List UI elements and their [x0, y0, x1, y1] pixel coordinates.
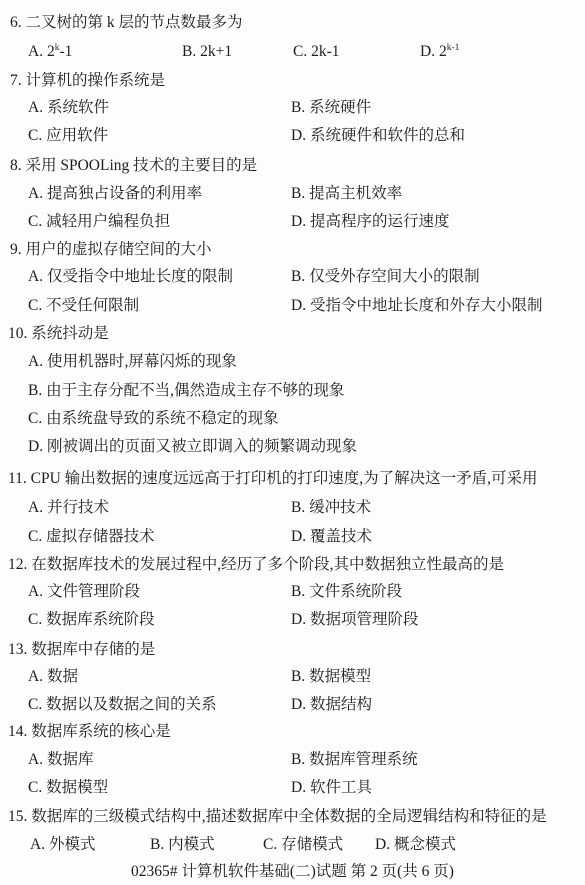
question-9-options-row-1: A. 仅受指令中地址长度的限制 B. 仅受外存空间大小的限制 — [0, 266, 585, 288]
question-14-option-c: C. 数据模型 — [28, 777, 108, 799]
page-footer: 02365# 计算机软件基础(二)试题 第 2 页(共 6 页) — [0, 861, 585, 883]
option-d-superscript: k-1 — [447, 43, 460, 53]
question-12-option-d: D. 数据项管理阶段 — [291, 609, 418, 631]
option-a-tail: -1 — [59, 43, 72, 60]
question-14-option-d: D. 软件工具 — [291, 777, 372, 799]
question-7-option-c: C. 应用软件 — [28, 125, 108, 147]
question-13-options-row-2: C. 数据以及数据之间的关系 D. 数据结构 — [0, 694, 585, 716]
question-8-option-b: B. 提高主机效率 — [291, 183, 402, 205]
question-10: 10. 系统抖动是 — [0, 323, 585, 345]
question-7-option-a: A. 系统软件 — [28, 97, 109, 119]
question-15-option-c: C. 存储模式 — [263, 834, 343, 856]
question-14-text: 14. 数据库系统的核心是 — [8, 721, 171, 743]
question-10-text: 10. 系统抖动是 — [8, 323, 109, 345]
question-15-options: A. 外模式 B. 内模式 C. 存储模式 D. 概念模式 — [0, 834, 585, 856]
question-9-text: 9. 用户的虚拟存储空间的大小 — [10, 239, 212, 261]
question-10-option-c-row: C. 由系统盘导致的系统不稳定的现象 — [0, 408, 585, 430]
question-12-option-c: C. 数据库系统阶段 — [28, 609, 155, 631]
question-11-options-row-1: A. 并行技术 B. 缓冲技术 — [0, 497, 585, 519]
question-6-text: 6. 二叉树的第 k 层的节点数最多为 — [10, 12, 243, 34]
question-10-option-a-row: A. 使用机器时,屏幕闪烁的现象 — [0, 351, 585, 373]
question-13-option-a: A. 数据 — [28, 666, 78, 688]
question-8-option-d: D. 提高程序的运行速度 — [291, 211, 449, 233]
option-a-base: A. 2 — [28, 43, 55, 60]
question-12-option-a: A. 文件管理阶段 — [28, 581, 140, 603]
question-7: 7. 计算机的操作系统是 — [0, 70, 585, 92]
question-10-option-a: A. 使用机器时,屏幕闪烁的现象 — [28, 351, 237, 373]
question-14-option-a: A. 数据库 — [28, 749, 93, 771]
question-15-option-d: D. 概念模式 — [375, 834, 456, 856]
question-9: 9. 用户的虚拟存储空间的大小 — [0, 239, 585, 261]
question-13-option-c: C. 数据以及数据之间的关系 — [28, 694, 217, 716]
question-9-option-b: B. 仅受外存空间大小的限制 — [291, 266, 480, 288]
question-15-text: 15. 数据库的三级模式结构中,描述数据库中全体数据的全局逻辑结构和特征的是 — [8, 806, 547, 828]
question-11-text: 11. CPU 输出数据的速度远远高于打印机的打印速度,为了解决这一矛盾,可采用 — [8, 468, 537, 490]
question-10-option-d: D. 刚被调出的页面又被立即调入的频繁调动现象 — [28, 436, 357, 458]
question-8-option-a: A. 提高独占设备的利用率 — [28, 183, 202, 205]
question-7-option-d: D. 系统硬件和软件的总和 — [291, 125, 465, 147]
question-13-option-b: B. 数据模型 — [291, 666, 371, 688]
question-9-option-d: D. 受指令中地址长度和外存大小限制 — [291, 295, 542, 317]
question-12-options-row-1: A. 文件管理阶段 B. 文件系统阶段 — [0, 581, 585, 603]
question-11: 11. CPU 输出数据的速度远远高于打印机的打印速度,为了解决这一矛盾,可采用 — [0, 468, 585, 490]
question-14-options-row-1: A. 数据库 B. 数据库管理系统 — [0, 749, 585, 771]
page-footer-text: 02365# 计算机软件基础(二)试题 第 2 页(共 6 页) — [131, 863, 454, 880]
question-15-option-b: B. 内模式 — [150, 834, 215, 856]
question-7-options-row-1: A. 系统软件 B. 系统硬件 — [0, 97, 585, 119]
question-9-option-c: C. 不受任何限制 — [28, 295, 139, 317]
question-6-option-c: C. 2k-1 — [293, 41, 340, 63]
question-11-options-row-2: C. 虚拟存储器技术 D. 覆盖技术 — [0, 526, 585, 548]
question-11-option-d: D. 覆盖技术 — [291, 526, 372, 548]
question-13-options-row-1: A. 数据 B. 数据模型 — [0, 666, 585, 688]
question-7-option-b: B. 系统硬件 — [291, 97, 371, 119]
question-6: 6. 二叉树的第 k 层的节点数最多为 — [0, 12, 585, 34]
question-9-option-a: A. 仅受指令中地址长度的限制 — [28, 266, 233, 288]
question-7-options-row-2: C. 应用软件 D. 系统硬件和软件的总和 — [0, 125, 585, 147]
question-14: 14. 数据库系统的核心是 — [0, 721, 585, 743]
question-6-option-b: B. 2k+1 — [182, 41, 232, 63]
question-11-option-b: B. 缓冲技术 — [291, 497, 371, 519]
option-d-base: D. 2 — [420, 43, 447, 60]
question-14-option-b: B. 数据库管理系统 — [291, 749, 418, 771]
question-7-text: 7. 计算机的操作系统是 — [10, 70, 165, 92]
question-14-options-row-2: C. 数据模型 D. 软件工具 — [0, 777, 585, 799]
question-12: 12. 在数据库技术的发展过程中,经历了多个阶段,其中数据独立性最高的是 — [0, 554, 585, 576]
question-9-options-row-2: C. 不受任何限制 D. 受指令中地址长度和外存大小限制 — [0, 295, 585, 317]
question-8: 8. 采用 SPOOLing 技术的主要目的是 — [0, 155, 585, 177]
question-11-option-a: A. 并行技术 — [28, 497, 109, 519]
question-10-option-b-row: B. 由于主存分配不当,偶然造成主存不够的现象 — [0, 380, 585, 402]
question-12-options-row-2: C. 数据库系统阶段 D. 数据项管理阶段 — [0, 609, 585, 631]
question-8-options-row-1: A. 提高独占设备的利用率 B. 提高主机效率 — [0, 183, 585, 205]
question-8-options-row-2: C. 减轻用户编程负担 D. 提高程序的运行速度 — [0, 211, 585, 233]
question-15-option-a: A. 外模式 — [30, 834, 95, 856]
question-11-option-c: C. 虚拟存储器技术 — [28, 526, 155, 548]
question-10-option-b: B. 由于主存分配不当,偶然造成主存不够的现象 — [28, 380, 344, 402]
question-10-option-d-row: D. 刚被调出的页面又被立即调入的频繁调动现象 — [0, 436, 585, 458]
question-15: 15. 数据库的三级模式结构中,描述数据库中全体数据的全局逻辑结构和特征的是 — [0, 806, 585, 828]
question-13-option-d: D. 数据结构 — [291, 694, 372, 716]
question-8-text: 8. 采用 SPOOLing 技术的主要目的是 — [10, 155, 257, 177]
question-8-option-c: C. 减轻用户编程负担 — [28, 211, 170, 233]
question-10-option-c: C. 由系统盘导致的系统不稳定的现象 — [28, 408, 279, 430]
question-12-option-b: B. 文件系统阶段 — [291, 581, 402, 603]
exam-paper-page: 6. 二叉树的第 k 层的节点数最多为 A. 2k-1 B. 2k+1 C. 2… — [0, 0, 585, 885]
question-13: 13. 数据库中存储的是 — [0, 639, 585, 661]
question-6-option-d: D. 2k-1 — [420, 41, 459, 63]
question-13-text: 13. 数据库中存储的是 — [8, 639, 155, 661]
question-6-options: A. 2k-1 B. 2k+1 C. 2k-1 D. 2k-1 — [0, 41, 585, 63]
question-12-text: 12. 在数据库技术的发展过程中,经历了多个阶段,其中数据独立性最高的是 — [8, 554, 504, 576]
question-6-option-a: A. 2k-1 — [28, 41, 72, 63]
